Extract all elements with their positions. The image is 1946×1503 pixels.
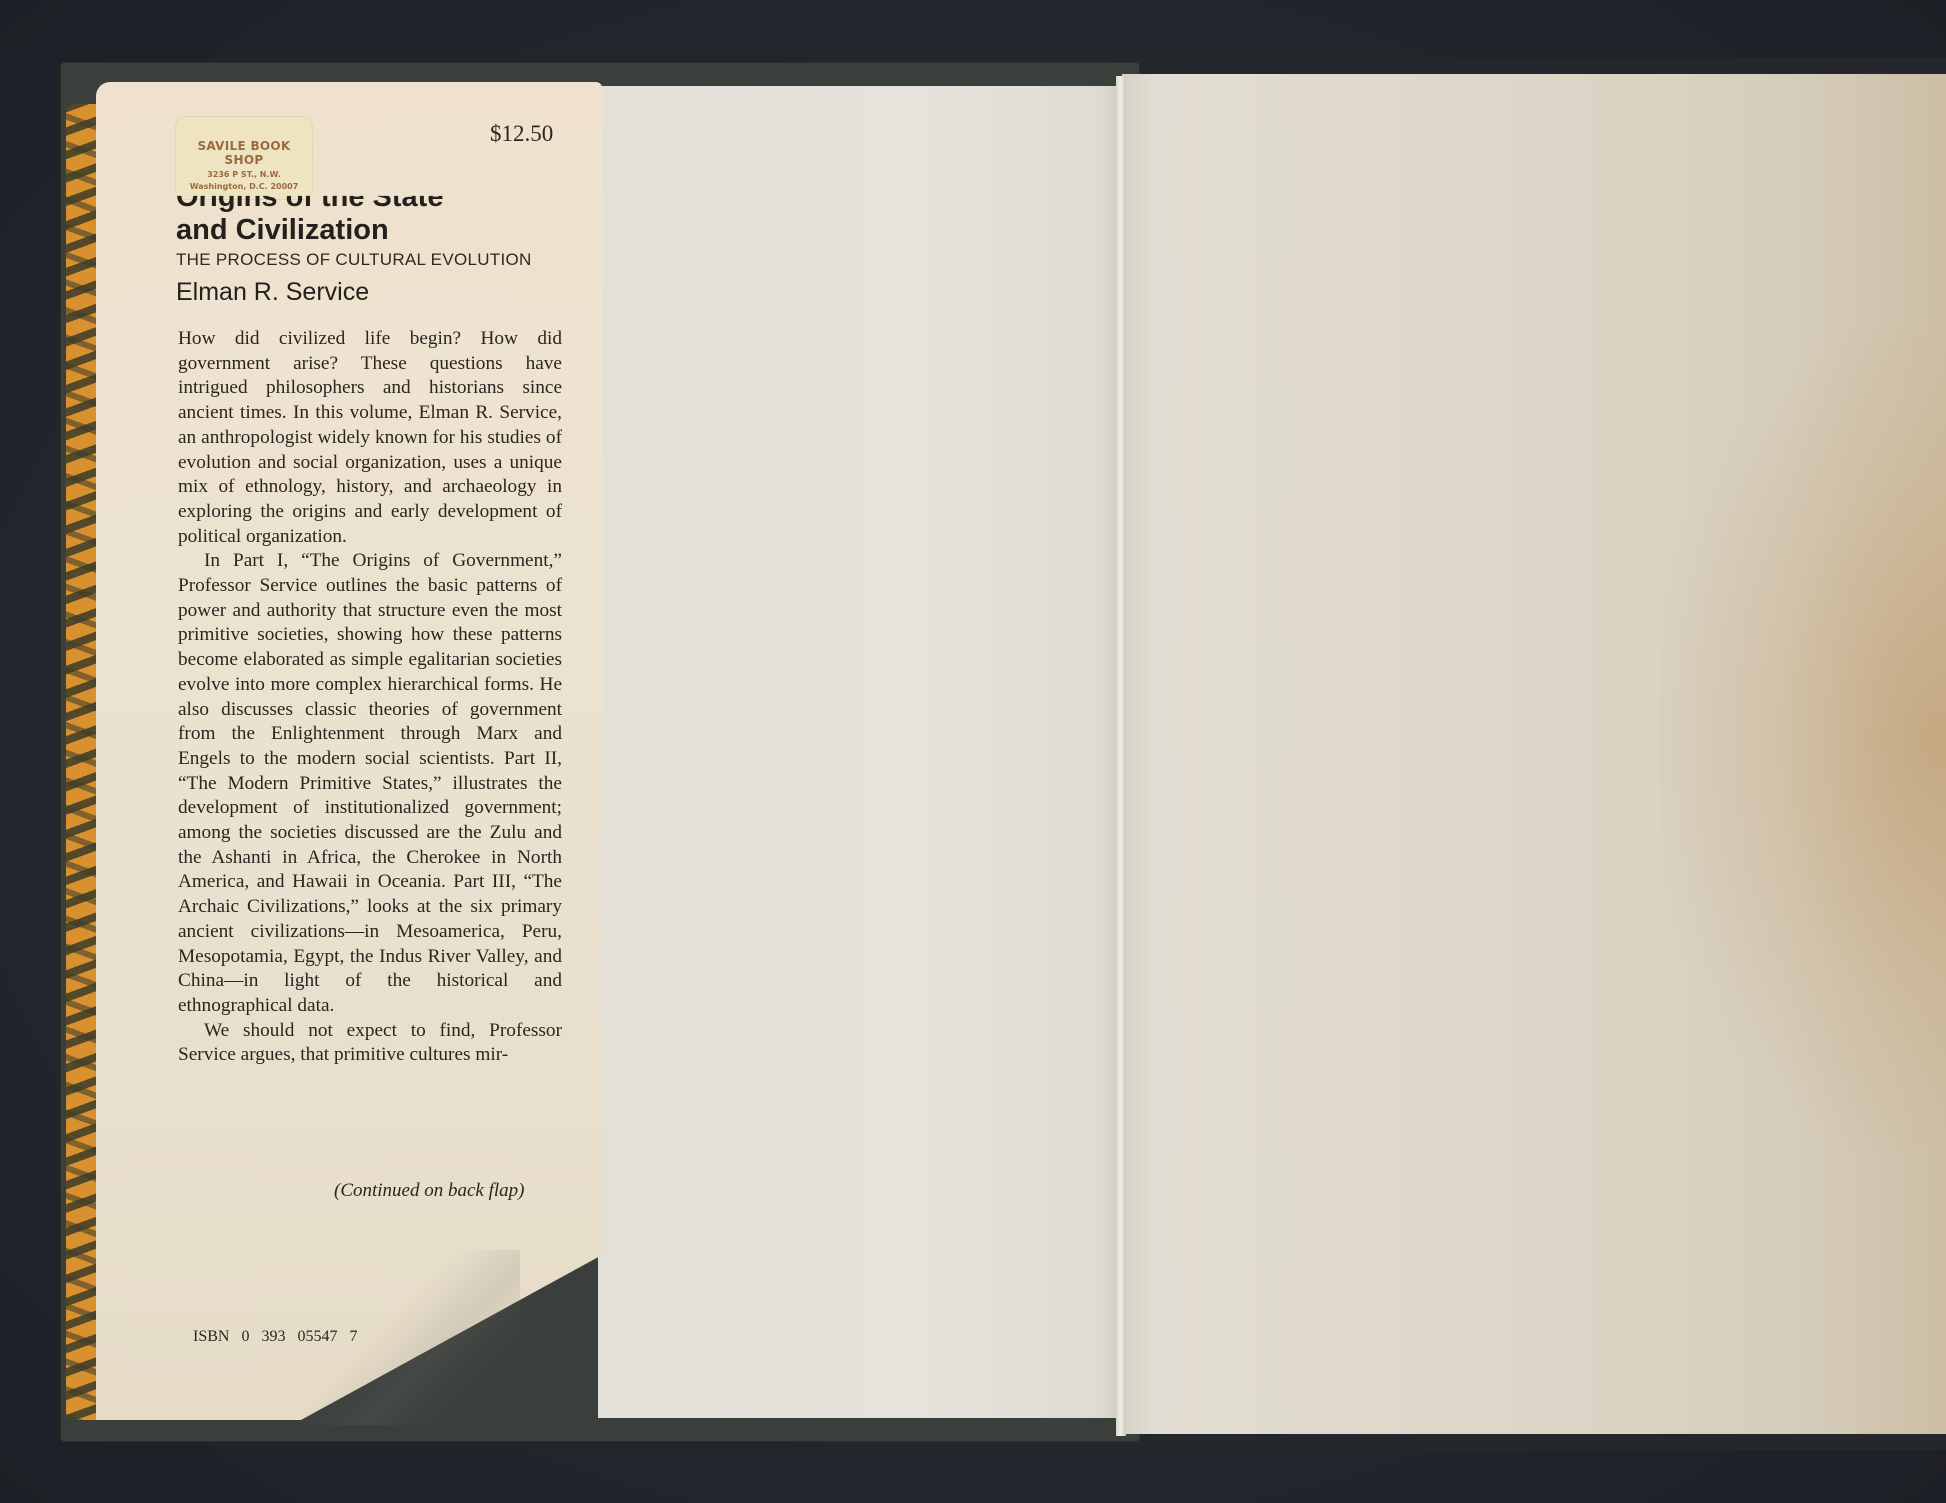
sticker-shop-name: SAVILE BOOK SHOP	[176, 139, 312, 167]
title-line-1: Origins of the State	[176, 181, 443, 214]
title-line-2: and Civilization	[176, 214, 389, 246]
paragraph: How did civilized life begin? How did go…	[178, 327, 562, 549]
flap-description: How did civilized life begin? How did go…	[178, 327, 562, 1068]
paragraph: In Part I, “The Origins of Government,” …	[178, 549, 562, 1018]
paragraph: We should not expect to find, Professor …	[178, 1019, 562, 1068]
isbn-number: ISBN 0 393 05547 7	[193, 1328, 357, 1346]
gutter-fold	[1116, 76, 1126, 1436]
sticker-address: 3236 P ST., N.W.	[176, 170, 312, 179]
book-author: Elman R. Service	[176, 278, 369, 307]
price-label: $12.50	[490, 121, 553, 147]
foxing-stain	[1660, 330, 1946, 1150]
book-title: Origins of the State and Civilization	[176, 181, 536, 247]
book-subtitle: THE PROCESS OF CULTURAL EVOLUTION	[176, 250, 532, 270]
continued-note: (Continued on back flap)	[334, 1180, 525, 1202]
left-endpaper	[598, 86, 1122, 1418]
